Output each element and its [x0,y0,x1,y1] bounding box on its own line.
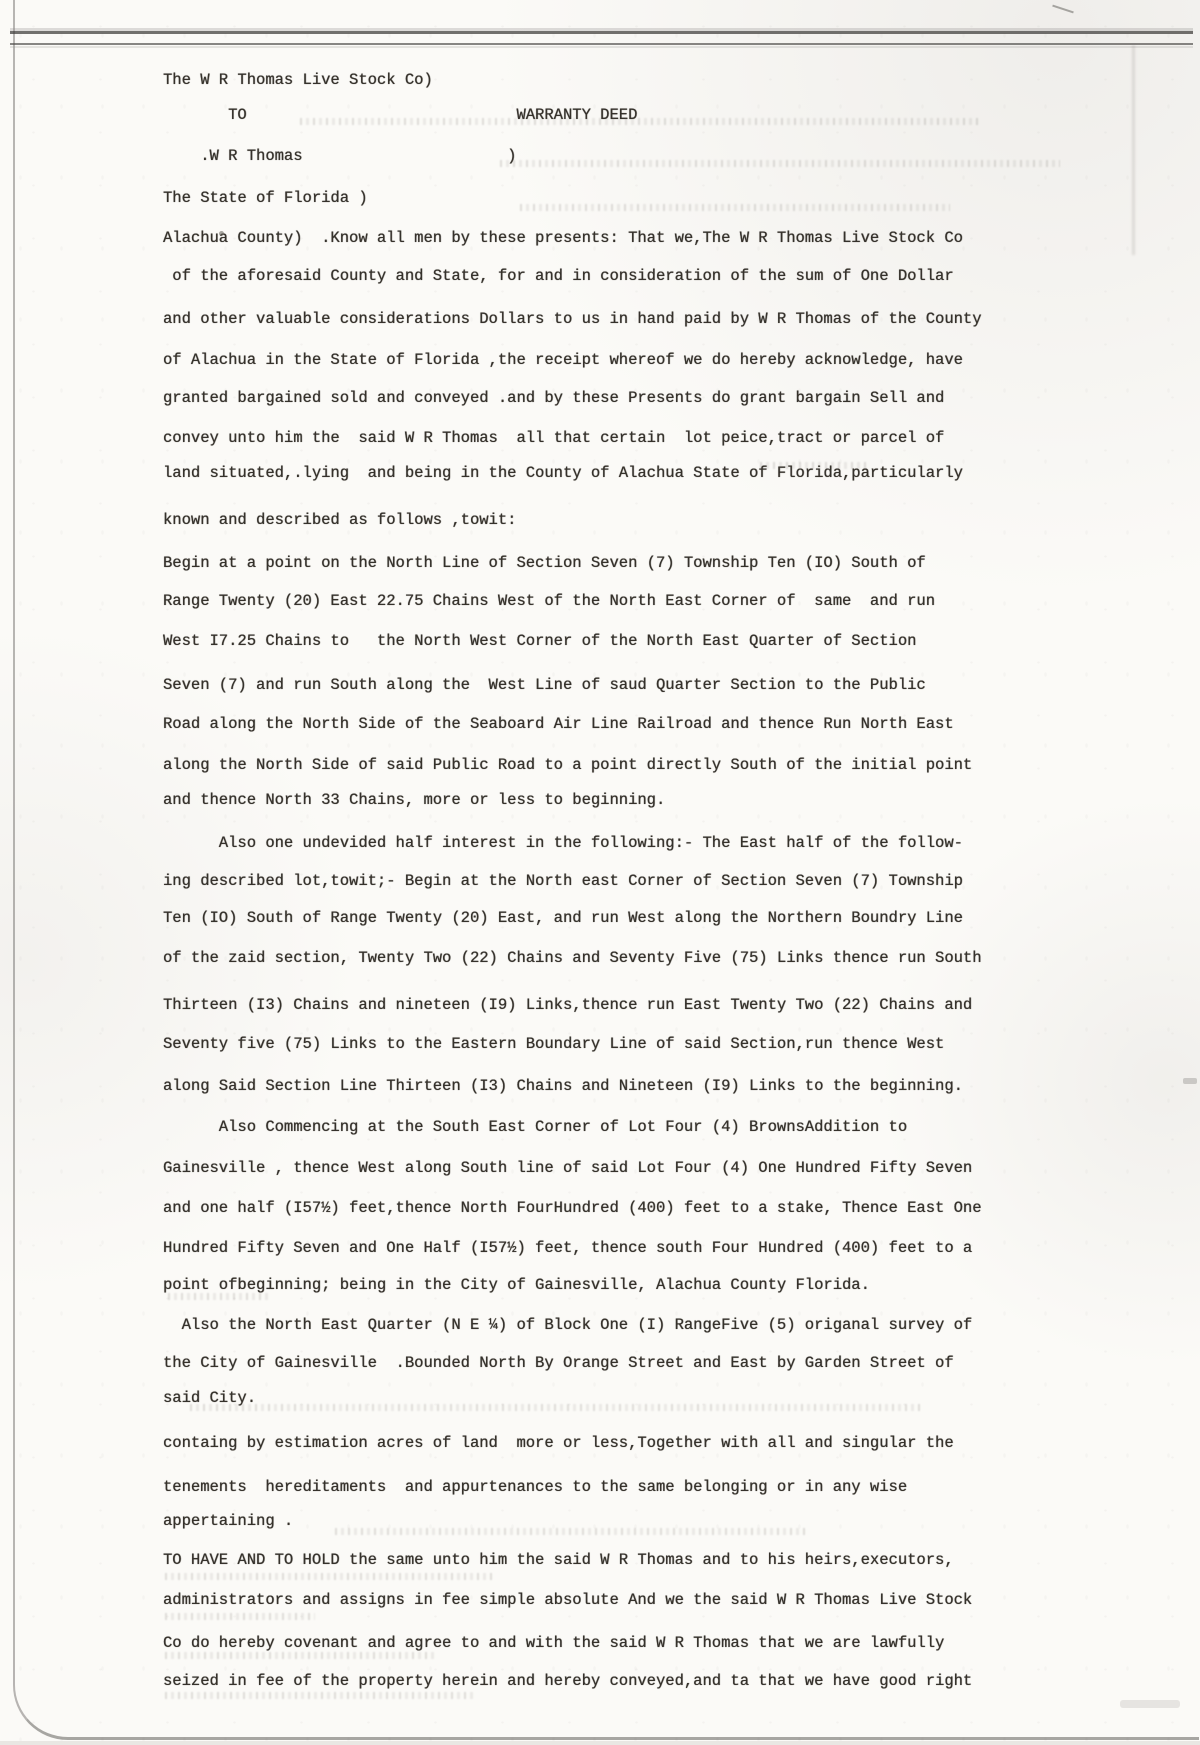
deed-text-line: Also the North East Quarter (N E ¼) of B… [163,1316,972,1335]
deed-text-line: Also one undevided half interest in the … [163,834,963,853]
state-line: The State of Florida ) [163,189,368,208]
deed-text-line: Seven (7) and run South along the West L… [163,676,926,695]
deed-text-line: ing described lot,towit;- Begin at the N… [163,872,963,891]
ink-speck [1120,1700,1180,1708]
deed-text-line: containg by estimation acres of land mor… [163,1434,954,1453]
deed-text-line: Range Twenty (20) East 22.75 Chains West… [163,592,935,611]
deed-text-line: appertaining . [163,1512,293,1531]
deed-text-line: of the aforesaid County and State, for a… [163,267,954,286]
deed-text-line: West I7.25 Chains to the North West Corn… [163,632,916,651]
deed-text-line: Hundred Fifty Seven and One Half (I57½) … [163,1239,972,1258]
ghost-text-artifact [300,118,980,125]
deed-text-line: Thirteen (I3) Chains and nineteen (I9) L… [163,996,972,1015]
deed-text-line: and one half (I57½) feet,thence North Fo… [163,1199,982,1218]
ghost-text-artifact [760,462,870,469]
deed-text-line: along Said Section Line Thirteen (I3) Ch… [163,1077,963,1096]
scanned-deed-page: { "page": { "paper_color": "#fbfaf7", "i… [0,0,1200,1745]
ghost-text-artifact [165,1573,495,1580]
ghost-text-artifact [165,1652,435,1659]
ghost-text-artifact [190,1404,920,1411]
deed-text-line: TO HAVE AND TO HOLD the same unto him th… [163,1551,954,1570]
document-lines: The W R Thomas Live Stock Co) TO WARRANT… [0,0,1200,1745]
deed-text-line: of Alachua in the State of Florida ,the … [163,351,963,370]
ghost-text-artifact [335,1528,805,1535]
deed-text-line: granted bargained sold and conveyed .and… [163,389,944,408]
deed-text-line: Seventy five (75) Links to the Eastern B… [163,1035,944,1054]
ghost-text-artifact [520,204,950,211]
ghost-text-artifact [165,1613,315,1620]
deed-text-line: point ofbeginning; being in the City of … [163,1276,870,1295]
deed-text-line: Also Commencing at the South East Corner… [163,1118,907,1137]
ghost-text-artifact [165,1692,475,1699]
deed-text-line: Gainesville , thence West along South li… [163,1159,972,1178]
deed-text-line: Co do hereby covenant and agree to and w… [163,1634,944,1653]
deed-text-line: of the zaid section, Twenty Two (22) Cha… [163,949,982,968]
scan-streak [1132,45,1135,255]
deed-text-line: the City of Gainesville .Bounded North B… [163,1354,954,1373]
deed-text-line: Ten (IO) South of Range Twenty (20) East… [163,909,963,928]
grantee-line: .W R Thomas ) [163,147,516,166]
ghost-text-artifact [500,160,1060,167]
deed-text-line: along the North Side of said Public Road… [163,756,972,775]
ghost-text-artifact [168,1293,268,1300]
deed-text-line: seized in fee of the property herein and… [163,1672,972,1691]
deed-text-line: Road along the North Side of the Seaboar… [163,715,954,734]
ink-speck [219,231,224,236]
deed-text-line: and thence North 33 Chains, more or less… [163,791,665,810]
grantor-line: The W R Thomas Live Stock Co) [163,71,433,90]
deed-text-line: Begin at a point on the North Line of Se… [163,554,926,573]
ink-speck [1183,1078,1197,1084]
deed-text-line: known and described as follows ,towit: [163,511,516,530]
deed-text-line: tenements hereditaments and appurtenance… [163,1478,907,1497]
county-line: Alachua County) .Know all men by these p… [163,229,963,248]
deed-text-line: convey unto him the said W R Thomas all … [163,429,944,448]
deed-text-line: and other valuable considerations Dollar… [163,310,982,329]
deed-text-line: administrators and assigns in fee simple… [163,1591,972,1610]
